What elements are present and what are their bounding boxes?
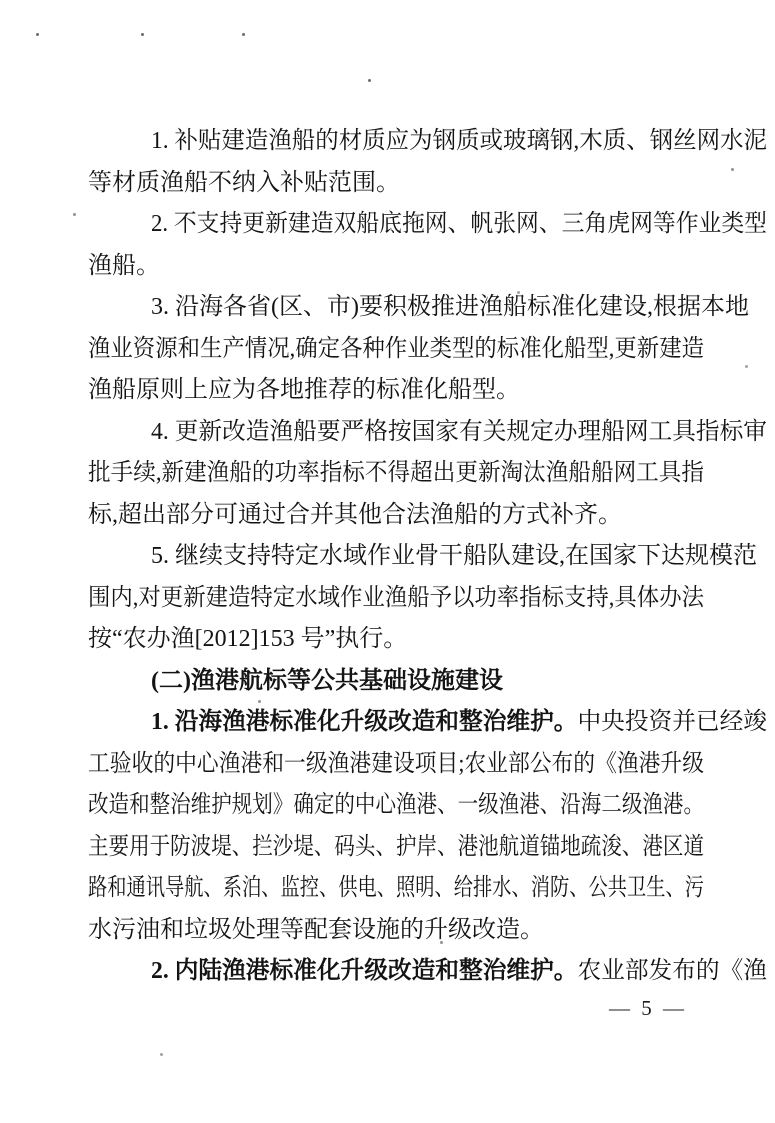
text-line: 渔船原则上应为各地推荐的标准化船型。 (88, 370, 704, 412)
text-line: 2. 不支持更新建造双船底拖网、帆张网、三角虎网等作业类型 (88, 204, 704, 246)
scan-speck (368, 79, 371, 82)
text-line: 1. 补贴建造渔船的材质应为钢质或玻璃钢,木质、钢丝网水泥 (88, 121, 704, 163)
text-line: 标,超出部分可通过合并其他合法渔船的方式补齐。 (88, 495, 704, 537)
text-line: 1. 沿海渔港标准化升级改造和整治维护。中央投资并已经竣 (88, 702, 704, 744)
paragraph-text: 等材质渔船不纳入补贴范围。 (88, 163, 400, 205)
scan-speck (242, 33, 245, 36)
text-line: 等材质渔船不纳入补贴范围。 (88, 163, 704, 205)
scan-speck (73, 213, 76, 216)
scan-speck (731, 168, 734, 171)
item-heading-text: 2. 内陆渔港标准化升级改造和整治维护。 (151, 958, 577, 984)
paragraph-text: 2. 不支持更新建造双船底拖网、帆张网、三角虎网等作业类型 (151, 204, 767, 246)
paragraph-text: 4. 更新改造渔船要严格按国家有关规定办理船网工具指标审 (151, 412, 767, 454)
paragraph-text: 标,超出部分可通过合并其他合法渔船的方式补齐。 (88, 495, 622, 537)
item-heading-text: 1. 沿海渔港标准化升级改造和整治维护。 (151, 709, 577, 735)
paragraph-text: 工验收的中心渔港和一级渔港建设项目;农业部公布的《渔港升级 (88, 744, 704, 786)
paragraph-text: 渔船。 (88, 246, 160, 288)
text-line: 工验收的中心渔港和一级渔港建设项目;农业部公布的《渔港升级 (88, 744, 704, 786)
text-line: 水污油和垃圾处理等配套设施的升级改造。 (88, 910, 704, 952)
text-line: 批手续,新建渔船的功率指标不得超出更新淘汰渔船船网工具指 (88, 453, 704, 495)
text-line: 渔业资源和生产情况,确定各种作业类型的标准化船型,更新建造 (88, 329, 704, 371)
paragraph-text: 主要用于防波堤、拦沙堤、码头、护岸、港池航道锚地疏浚、港区道 (88, 827, 704, 869)
text-line: 2. 内陆渔港标准化升级改造和整治维护。农业部发布的《渔 (88, 951, 704, 993)
document-body: 1. 补贴建造渔船的材质应为钢质或玻璃钢,木质、钢丝网水泥 等材质渔船不纳入补贴… (88, 121, 704, 993)
scanned-document-page: 1. 补贴建造渔船的材质应为钢质或玻璃钢,木质、钢丝网水泥 等材质渔船不纳入补贴… (0, 0, 775, 1123)
text-line: 主要用于防波堤、拦沙堤、码头、护岸、港池航道锚地疏浚、港区道 (88, 827, 704, 869)
section-heading: (二)渔港航标等公共基础设施建设 (88, 661, 704, 703)
paragraph-text: 5. 继续支持特定水域作业骨干船队建设,在国家下达规模范 (151, 536, 757, 578)
text-line: 4. 更新改造渔船要严格按国家有关规定办理船网工具指标审 (88, 412, 704, 454)
paragraph-text: 批手续,新建渔船的功率指标不得超出更新淘汰渔船船网工具指 (88, 453, 704, 495)
paragraph-text: 渔业资源和生产情况,确定各种作业类型的标准化船型,更新建造 (88, 329, 704, 371)
text-line: 按“农办渔[2012]153 号”执行。 (88, 619, 704, 661)
paragraph-text: 3. 沿海各省(区、市)要积极推进渔船标准化建设,根据本地 (151, 287, 749, 329)
text-line: 路和通讯导航、系泊、监控、供电、照明、给排水、消防、公共卫生、污 (88, 868, 704, 910)
scan-speck (141, 33, 144, 36)
scan-speck (36, 33, 39, 36)
paragraph-text: 渔船原则上应为各地推荐的标准化船型。 (88, 370, 520, 412)
paragraph-text: 改造和整治维护规划》确定的中心渔港、一级渔港、沿海二级渔港。 (88, 785, 704, 827)
text-line: 渔船。 (88, 246, 704, 288)
paragraph-text: 水污油和垃圾处理等配套设施的升级改造。 (88, 910, 544, 952)
scan-speck (160, 1053, 163, 1056)
paragraph-text: 围内,对更新建造特定水域作业渔船予以功率指标支持,具体办法 (88, 578, 704, 620)
paragraph-text: 农业部发布的《渔 (577, 958, 767, 984)
text-line: 5. 继续支持特定水域作业骨干船队建设,在国家下达规模范 (88, 536, 704, 578)
paragraph-text: 1. 补贴建造渔船的材质应为钢质或玻璃钢,木质、钢丝网水泥 (151, 121, 767, 163)
paragraph-text: 1. 沿海渔港标准化升级改造和整治维护。中央投资并已经竣 (151, 702, 767, 744)
page-number: — 5 — (609, 996, 687, 1021)
text-line: 改造和整治维护规划》确定的中心渔港、一级渔港、沿海二级渔港。 (88, 785, 704, 827)
paragraph-text: 中央投资并已经竣 (577, 709, 767, 735)
scan-speck (745, 365, 748, 368)
paragraph-text: 按“农办渔[2012]153 号”执行。 (88, 619, 407, 661)
text-line: 围内,对更新建造特定水域作业渔船予以功率指标支持,具体办法 (88, 578, 704, 620)
section-heading-text: (二)渔港航标等公共基础设施建设 (151, 661, 503, 703)
text-line: 3. 沿海各省(区、市)要积极推进渔船标准化建设,根据本地 (88, 287, 704, 329)
paragraph-text: 路和通讯导航、系泊、监控、供电、照明、给排水、消防、公共卫生、污 (88, 868, 704, 910)
paragraph-text: 2. 内陆渔港标准化升级改造和整治维护。农业部发布的《渔 (151, 951, 767, 993)
